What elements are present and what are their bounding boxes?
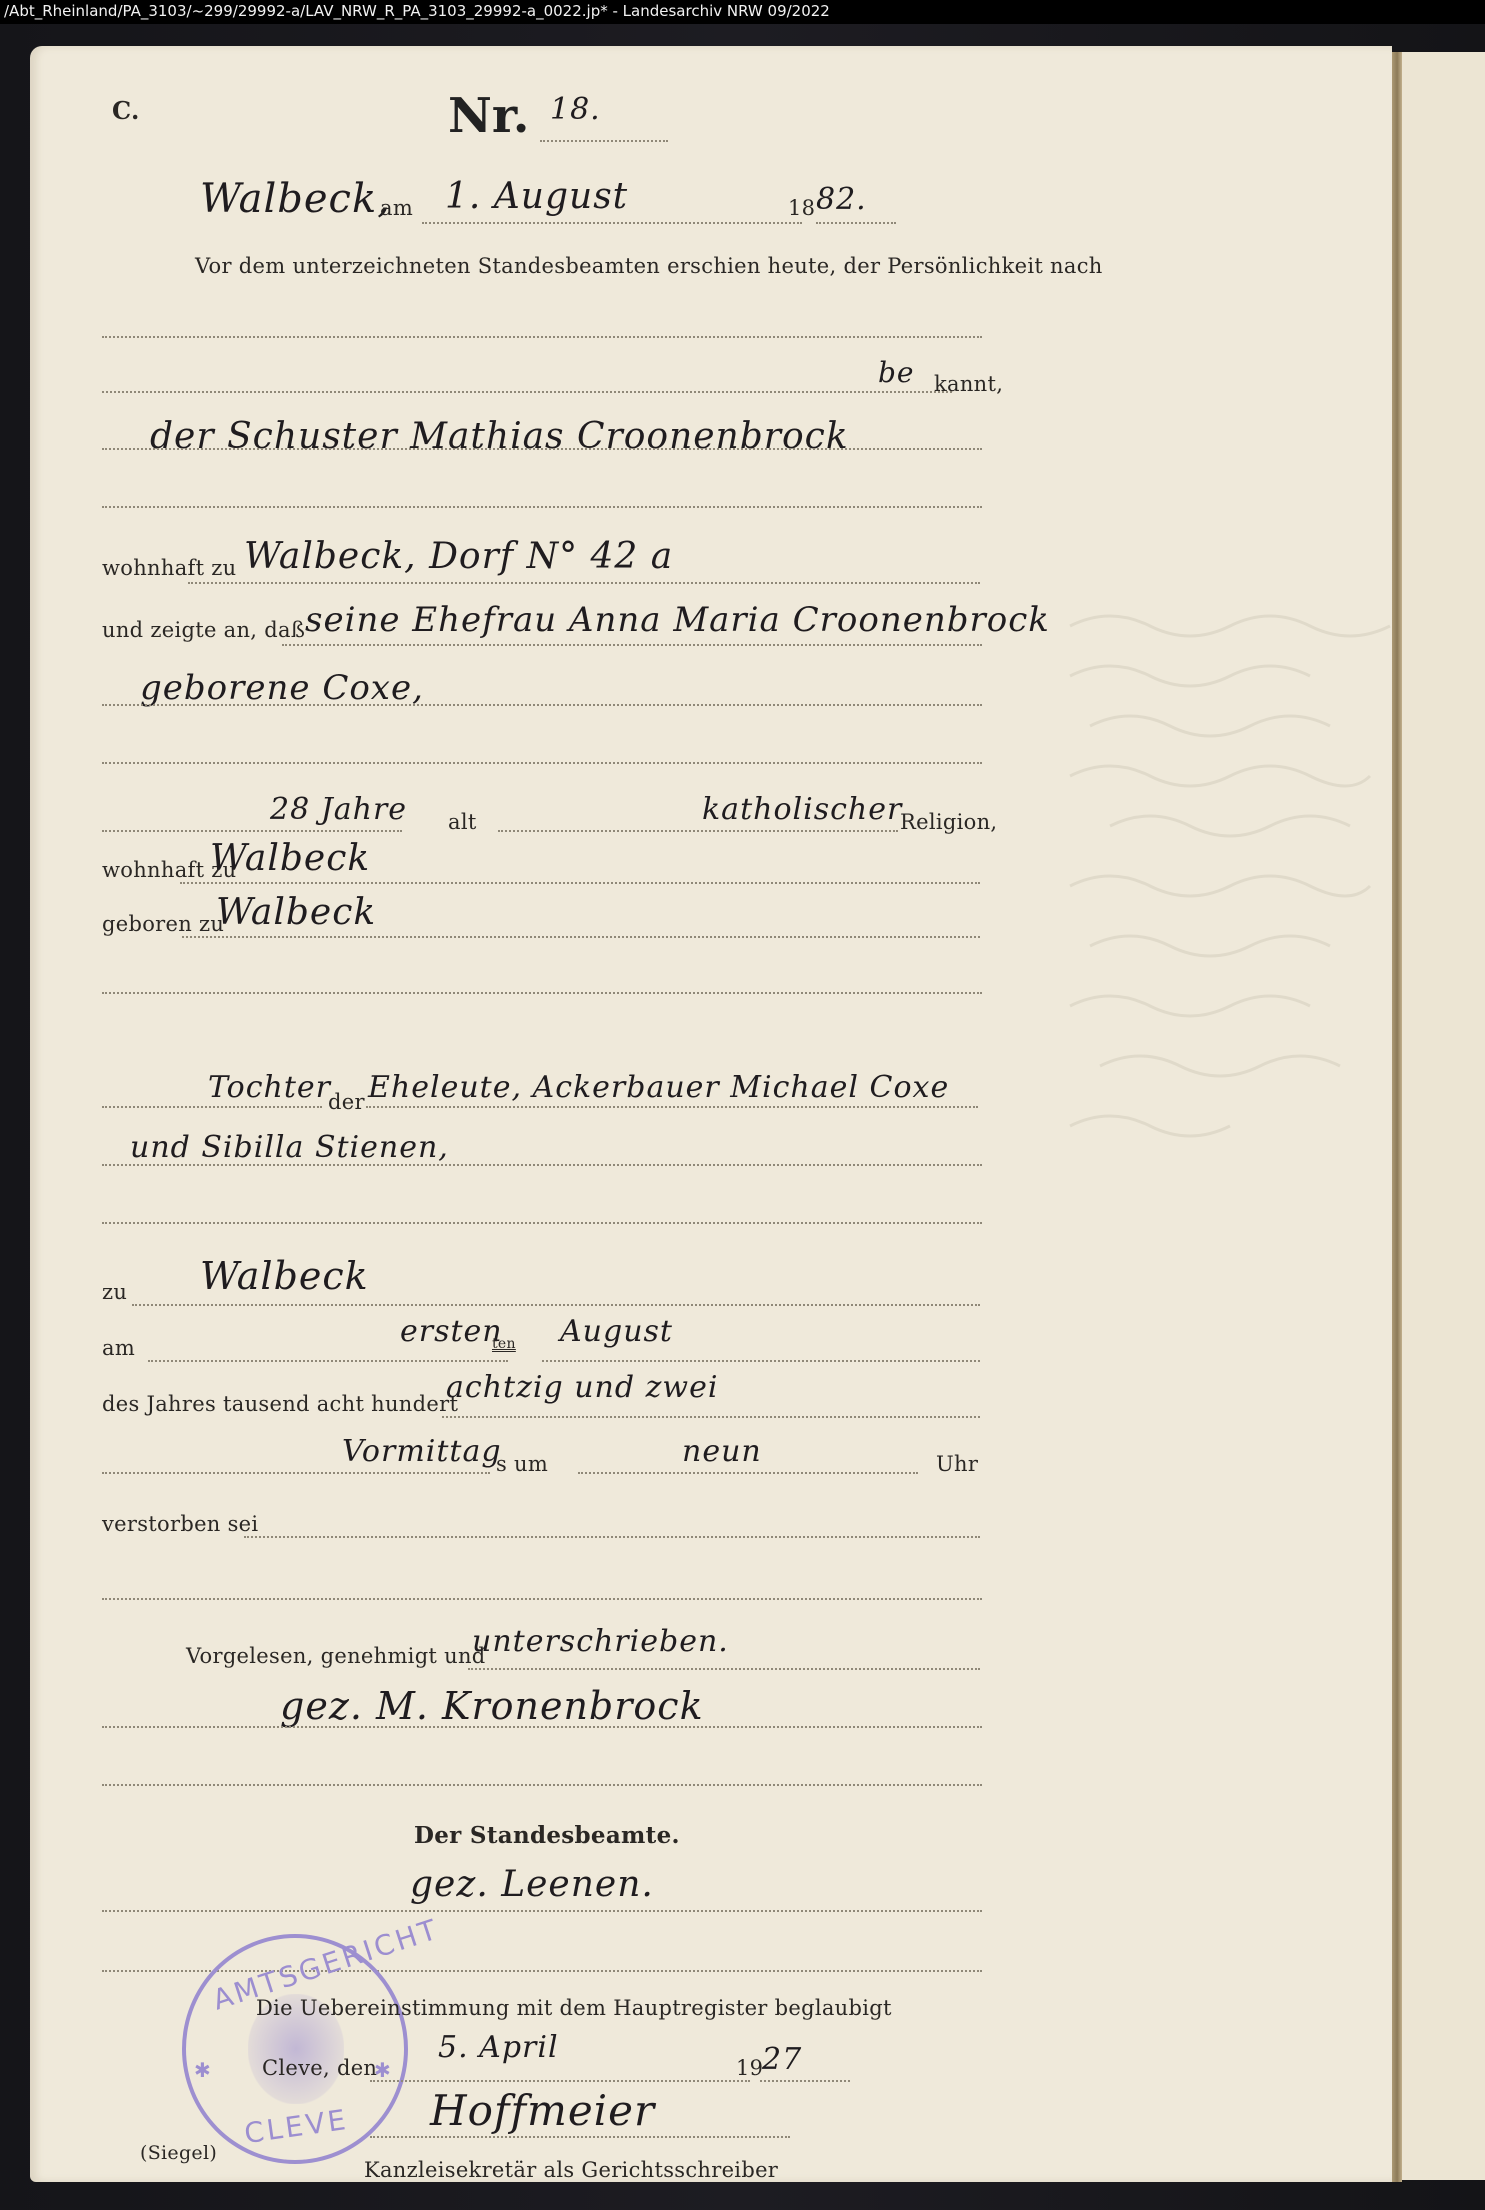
cert-date-handwritten: 5. April (438, 2030, 559, 2065)
parents-line2-handwritten: und Sibilla Stienen, (130, 1130, 449, 1165)
death-date-label: am (102, 1336, 135, 1360)
religion-label: Religion, (900, 810, 997, 834)
stamp-star-left-icon: ✱ (194, 2058, 214, 2082)
dotted-line (370, 2136, 790, 2138)
death-year-label: des Jahres tausend acht hundert (102, 1392, 458, 1416)
dotted-line (542, 1360, 980, 1362)
age-label: alt (448, 810, 477, 834)
known-suffix: kannt, (934, 372, 1003, 396)
died-label: verstorben sei (102, 1512, 258, 1536)
informant-handwritten: der Schuster Mathias Croonenbrock (150, 416, 849, 457)
certification-line: Die Uebereinstimmung mit dem Hauptregist… (256, 1996, 892, 2020)
religion-handwritten: katholischer (702, 792, 902, 827)
intro-line: Vor dem unterzeichneten Standesbeamten e… (195, 254, 1103, 278)
dotted-line (540, 140, 668, 142)
deceased-line2-handwritten: geborene Coxe, (140, 668, 424, 708)
dotted-line (102, 1472, 490, 1474)
death-day-suffix: ten (492, 1336, 516, 1352)
dotted-line (102, 1910, 982, 1912)
read-approved-label: Vorgelesen, genehmigt und (186, 1644, 486, 1668)
date-prefix: am (380, 196, 413, 220)
dotted-line (102, 704, 982, 706)
dotted-line (102, 1222, 982, 1224)
dotted-line (244, 1536, 980, 1538)
age-handwritten: 28 Jahre (270, 792, 407, 827)
cert-year-handwritten: 27 (762, 2042, 802, 2077)
record-number-label: Nr. (448, 88, 529, 144)
dotted-line (102, 448, 982, 450)
dotted-line (102, 1598, 982, 1600)
dotted-line (182, 936, 980, 938)
residence-handwritten: Walbeck, Dorf N° 42 a (244, 536, 673, 577)
hour-handwritten: neun (682, 1434, 762, 1469)
read-handwritten: unterschrieben. (472, 1624, 729, 1659)
dotted-line (578, 1472, 918, 1474)
registrar-signature: gez. Leenen. (410, 1864, 654, 1905)
dotted-line (102, 1164, 982, 1166)
dotted-line (282, 644, 982, 646)
parents-handwritten-2: Eheleute, Ackerbauer Michael Coxe (368, 1070, 949, 1105)
dotted-line (422, 222, 802, 224)
register-page: C. Nr. 18. Walbeck, am 1. August 18 82. … (30, 46, 1392, 2182)
place-handwritten: Walbeck, (200, 176, 391, 222)
announce-label: und zeigte an, daß (102, 618, 305, 642)
known-handwritten: be (878, 356, 915, 389)
dotted-line (816, 222, 896, 224)
dotted-line (180, 882, 980, 884)
dotted-line (188, 582, 980, 584)
born-handwritten: Walbeck (216, 892, 376, 933)
registrar-label: Der Standesbeamte. (414, 1822, 680, 1849)
year-suffix-handwritten: 82. (816, 182, 867, 217)
hour-label: Uhr (936, 1452, 978, 1476)
dotted-line (760, 2080, 850, 2082)
place-of-death-handwritten: Walbeck (200, 1254, 369, 1298)
date-handwritten: 1. August (445, 176, 628, 217)
born-label: geboren zu (102, 912, 224, 936)
time-mid-label: s um (496, 1452, 548, 1476)
time-of-day-handwritten: Vormittag (342, 1434, 502, 1469)
bleed-through-text (1060, 586, 1400, 1206)
parents-label: der (328, 1090, 365, 1114)
stamp-bottom-text: CLEVE (242, 2103, 350, 2150)
place-of-death-label: zu (102, 1280, 127, 1304)
year-prefix: 18 (788, 196, 815, 220)
dotted-line (442, 1416, 980, 1418)
window-title-bar: /Abt_Rheinland/PA_3103/~299/29992-a/LAV_… (0, 0, 1485, 24)
window-title: /Abt_Rheinland/PA_3103/~299/29992-a/LAV_… (4, 2, 830, 20)
seal-label: (Siegel) (140, 2142, 217, 2164)
residence2-handwritten: Walbeck (210, 838, 370, 879)
court-seal-stamp: AMTSGERICHT CLEVE ✱ ✱ (182, 1934, 408, 2164)
death-year-handwritten: achtzig und zwei (446, 1370, 718, 1405)
clerk-title: Kanzleisekretär als Gerichtsschreiber (364, 2158, 778, 2182)
dotted-line (102, 992, 982, 994)
cert-year-prefix: 19 (736, 2056, 763, 2080)
facing-page-edge (1402, 52, 1485, 2180)
dotted-line (102, 1106, 322, 1108)
dotted-line (468, 1668, 980, 1670)
dotted-line (498, 830, 898, 832)
dotted-line (102, 1784, 982, 1786)
dotted-line (366, 1106, 978, 1108)
dotted-line (102, 1726, 982, 1728)
cert-place-label: Cleve, den (262, 2056, 377, 2080)
form-letter: C. (112, 96, 140, 125)
dotted-line (102, 830, 402, 832)
death-day-handwritten: ersten (400, 1314, 503, 1349)
cert-signature: Hoffmeier (430, 2086, 655, 2135)
dotted-line (102, 336, 982, 338)
dotted-line (102, 506, 982, 508)
parents-handwritten-1: Tochter (208, 1070, 331, 1105)
dotted-line (132, 1304, 980, 1306)
dotted-line (102, 762, 982, 764)
dotted-line (148, 1360, 508, 1362)
dotted-line (102, 391, 952, 393)
residence-label: wohnhaft zu (102, 556, 237, 580)
deceased-handwritten: seine Ehefrau Anna Maria Croonenbrock (305, 600, 1050, 640)
informant-signature: gez. M. Kronenbrock (280, 1684, 704, 1728)
death-month-handwritten: August (560, 1314, 673, 1349)
dotted-line (370, 2080, 750, 2082)
record-number-value: 18. (550, 92, 601, 127)
